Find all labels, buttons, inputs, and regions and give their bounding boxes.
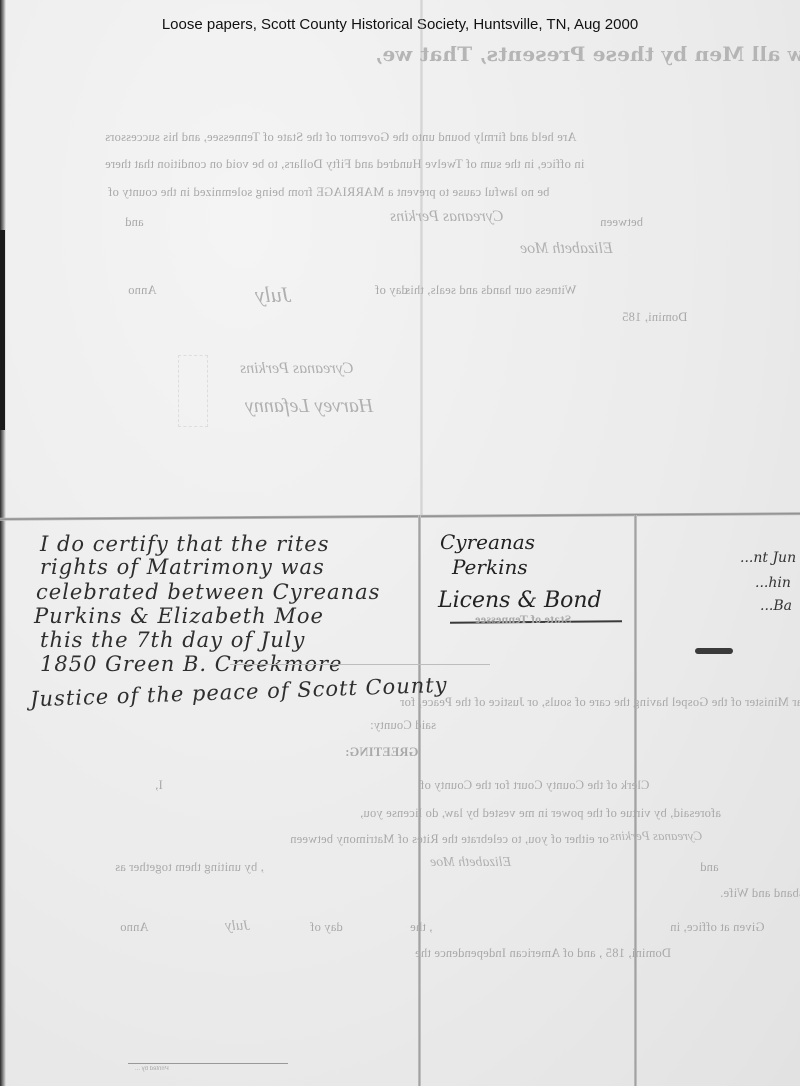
bleed-line: and [700, 860, 719, 875]
certificate-line: celebrated between Cyreanas [36, 580, 380, 604]
margin-mark: ...nt Jun [740, 550, 796, 566]
bleed-line: Domini, 185 [622, 310, 687, 325]
archive-caption: Loose papers, Scott County Historical So… [0, 16, 800, 33]
page-edge-dark [0, 230, 5, 430]
bleed-line: day of [375, 283, 408, 298]
fold-line [420, 0, 423, 515]
bleed-hand-signature-1: Cyreanas Perkins [240, 360, 354, 378]
certificate-line: Purkins & Elizabeth Moe [34, 604, 324, 628]
bleed-line: GREETING: [345, 745, 418, 760]
printer-imprint: Printed by ... [135, 1066, 169, 1072]
endorsement-name-first: Cyreanas [440, 530, 535, 554]
certificate-rule [230, 664, 490, 665]
bleed-line: and [125, 215, 144, 230]
bleed-line: Anno [128, 283, 157, 298]
bleed-line: aforesaid, by virtue of the power in me … [360, 806, 721, 821]
bleed-hand-and: Elizabeth Moe [520, 240, 613, 258]
certificate-line: I do certify that the rites [40, 532, 330, 556]
bleed-line: Are held and firmly bound unto the Gover… [105, 130, 576, 145]
bleed-line: Anno [120, 920, 149, 935]
bleed-line: , by uniting them together as [115, 860, 264, 875]
bleed-line: Given at office, in [670, 920, 765, 935]
bleed-hand-between: Cyreanas Perkins [390, 208, 504, 226]
endorsement-title: Licens & Bond [438, 588, 602, 613]
margin-mark: ...hin [755, 575, 791, 591]
fold-line [418, 515, 421, 1086]
bleed-line: between [600, 215, 643, 230]
bleed-line: To any regular Minister of the Gospel ha… [400, 695, 800, 710]
bleed-line: I, [155, 778, 163, 793]
bleed-hand-signature-2: Harvey Lefanny [245, 395, 373, 418]
bleed-line: in office, in the sum of Twelve Hundred … [105, 157, 584, 172]
margin-mark: ...Ba [760, 598, 792, 614]
bleed-hand-lower-month: July [225, 918, 250, 935]
imprint-rule [128, 1063, 288, 1064]
certificate-line: rights of Matrimony was [40, 555, 325, 579]
bleed-line: Witness our hands and seals, this [405, 283, 576, 298]
certificate-line: this the 7th day of July [40, 628, 305, 652]
bleed-hand-lower-between: Cyreanas Perkins [610, 828, 702, 844]
bleed-line: , the [410, 920, 433, 935]
seal-mark [178, 355, 208, 427]
bleed-line: day of [310, 920, 343, 935]
bleed-state-heading: State of Tennessee [475, 612, 571, 627]
bleed-heading: Know all Men by these Presents, That we, [375, 42, 800, 66]
bleed-line: be no lawful cause to prevent a MARRIAGE… [108, 185, 549, 200]
bleed-line: Clerk of the County Court for the County… [420, 778, 649, 793]
ink-blot [695, 648, 733, 654]
bleed-line: Domini, 185 , and of American Independen… [415, 946, 671, 961]
page-edge-shadow [0, 0, 6, 1086]
endorsement-name-last: Perkins [452, 555, 528, 579]
bleed-line: Husband and Wife. [720, 886, 800, 901]
fold-line [634, 515, 637, 1086]
bleed-line: said County: [370, 718, 436, 733]
bleed-hand-month: July [255, 282, 292, 308]
bleed-line: or either of you, to celebrate the Rites… [290, 832, 609, 847]
bleed-hand-lower-and: Elizabeth Moe [430, 855, 511, 871]
